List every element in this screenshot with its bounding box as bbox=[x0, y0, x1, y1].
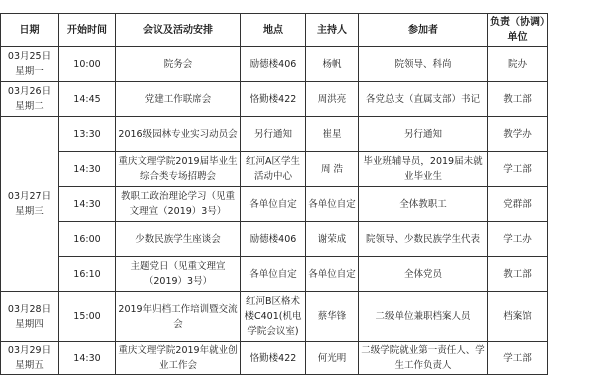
date-cell: 03月28日星期四 bbox=[1, 292, 59, 342]
table-row: 14:30 教职工政治理论学习（见重文理宣（2019）3号） 各单位自定 各单位… bbox=[1, 187, 548, 222]
unit-cell: 学工部 bbox=[488, 342, 548, 375]
time-cell: 14:45 bbox=[59, 82, 116, 117]
time-cell: 16:10 bbox=[59, 257, 116, 292]
col-header-location: 地点 bbox=[241, 14, 306, 47]
time-cell: 14:30 bbox=[59, 152, 116, 187]
location-cell: 励德楼406 bbox=[241, 222, 306, 257]
unit-cell: 教学办 bbox=[488, 117, 548, 152]
time-cell: 14:30 bbox=[59, 187, 116, 222]
host-cell: 谢荣成 bbox=[306, 222, 359, 257]
unit-cell: 教工部 bbox=[488, 257, 548, 292]
unit-cell: 档案馆 bbox=[488, 292, 548, 342]
unit-cell: 学工办 bbox=[488, 222, 548, 257]
location-cell: 红河B区格术楼C401(机电学院会议室) bbox=[241, 292, 306, 342]
col-header-host: 主持人 bbox=[306, 14, 359, 47]
date-cell: 03月27日星期三 bbox=[1, 117, 59, 292]
host-cell: 蔡华锋 bbox=[306, 292, 359, 342]
event-cell: 党建工作联席会 bbox=[116, 82, 241, 117]
location-cell: 恪勤楼422 bbox=[241, 82, 306, 117]
attendees-cell: 二级单位兼职档案人员 bbox=[359, 292, 488, 342]
date-cell: 03月25日星期一 bbox=[1, 47, 59, 82]
attendees-cell: 二级学院就业第一责任人、学生工作负责人 bbox=[359, 342, 488, 375]
host-cell: 各单位自定 bbox=[306, 257, 359, 292]
time-cell: 16:00 bbox=[59, 222, 116, 257]
event-cell: 教职工政治理论学习（见重文理宣（2019）3号） bbox=[116, 187, 241, 222]
time-cell: 10:00 bbox=[59, 47, 116, 82]
table-row: 03月28日星期四 15:00 2019年归档工作培训暨交流会 红河B区格术楼C… bbox=[1, 292, 548, 342]
host-cell: 周 浩 bbox=[306, 152, 359, 187]
event-cell: 2019年归档工作培训暨交流会 bbox=[116, 292, 241, 342]
host-cell: 杨帆 bbox=[306, 47, 359, 82]
date-cell: 03月26日星期二 bbox=[1, 82, 59, 117]
event-cell: 重庆文理学院2019届毕业生综合类专场招聘会 bbox=[116, 152, 241, 187]
event-cell: 重庆文理学院2019年就业创业工作会 bbox=[116, 342, 241, 375]
unit-cell: 学工部 bbox=[488, 152, 548, 187]
attendees-cell: 全体党员 bbox=[359, 257, 488, 292]
schedule-table: 日期 开始时间 会议及活动安排 地点 主持人 参加者 负责（协调）单位 03月2… bbox=[0, 13, 548, 375]
attendees-cell: 毕业班辅导员，2019届未就业毕业生 bbox=[359, 152, 488, 187]
time-cell: 13:30 bbox=[59, 117, 116, 152]
table-row: 03月25日星期一 10:00 院务会 励德楼406 杨帆 院领导、科尚 院办 bbox=[1, 47, 548, 82]
col-header-event: 会议及活动安排 bbox=[116, 14, 241, 47]
time-cell: 15:00 bbox=[59, 292, 116, 342]
time-cell: 14:30 bbox=[59, 342, 116, 375]
col-header-unit: 负责（协调）单位 bbox=[488, 14, 548, 47]
table-row: 03月27日星期三 13:30 2016级园林专业实习动员会 另行通知 崔星 另… bbox=[1, 117, 548, 152]
location-cell: 励德楼406 bbox=[241, 47, 306, 82]
col-header-start-time: 开始时间 bbox=[59, 14, 116, 47]
attendees-cell: 各党总支（直属支部）书记 bbox=[359, 82, 488, 117]
table-row: 03月26日星期二 14:45 党建工作联席会 恪勤楼422 周洪亮 各党总支（… bbox=[1, 82, 548, 117]
event-cell: 院务会 bbox=[116, 47, 241, 82]
col-header-date: 日期 bbox=[1, 14, 59, 47]
col-header-attendees: 参加者 bbox=[359, 14, 488, 47]
host-cell: 崔星 bbox=[306, 117, 359, 152]
unit-cell: 院办 bbox=[488, 47, 548, 82]
host-cell: 何光明 bbox=[306, 342, 359, 375]
location-cell: 各单位自定 bbox=[241, 257, 306, 292]
attendees-cell: 院领导、科尚 bbox=[359, 47, 488, 82]
event-cell: 2016级园林专业实习动员会 bbox=[116, 117, 241, 152]
unit-cell: 教工部 bbox=[488, 82, 548, 117]
attendees-cell: 另行通知 bbox=[359, 117, 488, 152]
host-cell: 周洪亮 bbox=[306, 82, 359, 117]
location-cell: 另行通知 bbox=[241, 117, 306, 152]
attendees-cell: 院领导、少数民族学生代表 bbox=[359, 222, 488, 257]
header-row: 日期 开始时间 会议及活动安排 地点 主持人 参加者 负责（协调）单位 bbox=[1, 14, 548, 47]
table-row: 03月29日星期五 14:30 重庆文理学院2019年就业创业工作会 恪勤楼42… bbox=[1, 342, 548, 375]
table-row: 14:30 重庆文理学院2019届毕业生综合类专场招聘会 红河A区学生活动中心 … bbox=[1, 152, 548, 187]
location-cell: 各单位自定 bbox=[241, 187, 306, 222]
table-row: 16:00 少数民族学生座谈会 励德楼406 谢荣成 院领导、少数民族学生代表 … bbox=[1, 222, 548, 257]
table-row: 16:10 主题党日（见重文理宣（2019）3号） 各单位自定 各单位自定 全体… bbox=[1, 257, 548, 292]
host-cell: 各单位自定 bbox=[306, 187, 359, 222]
unit-cell: 党群部 bbox=[488, 187, 548, 222]
date-cell: 03月29日星期五 bbox=[1, 342, 59, 375]
location-cell: 恪勤楼422 bbox=[241, 342, 306, 375]
event-cell: 少数民族学生座谈会 bbox=[116, 222, 241, 257]
event-cell: 主题党日（见重文理宣（2019）3号） bbox=[116, 257, 241, 292]
location-cell: 红河A区学生活动中心 bbox=[241, 152, 306, 187]
attendees-cell: 全体教职工 bbox=[359, 187, 488, 222]
